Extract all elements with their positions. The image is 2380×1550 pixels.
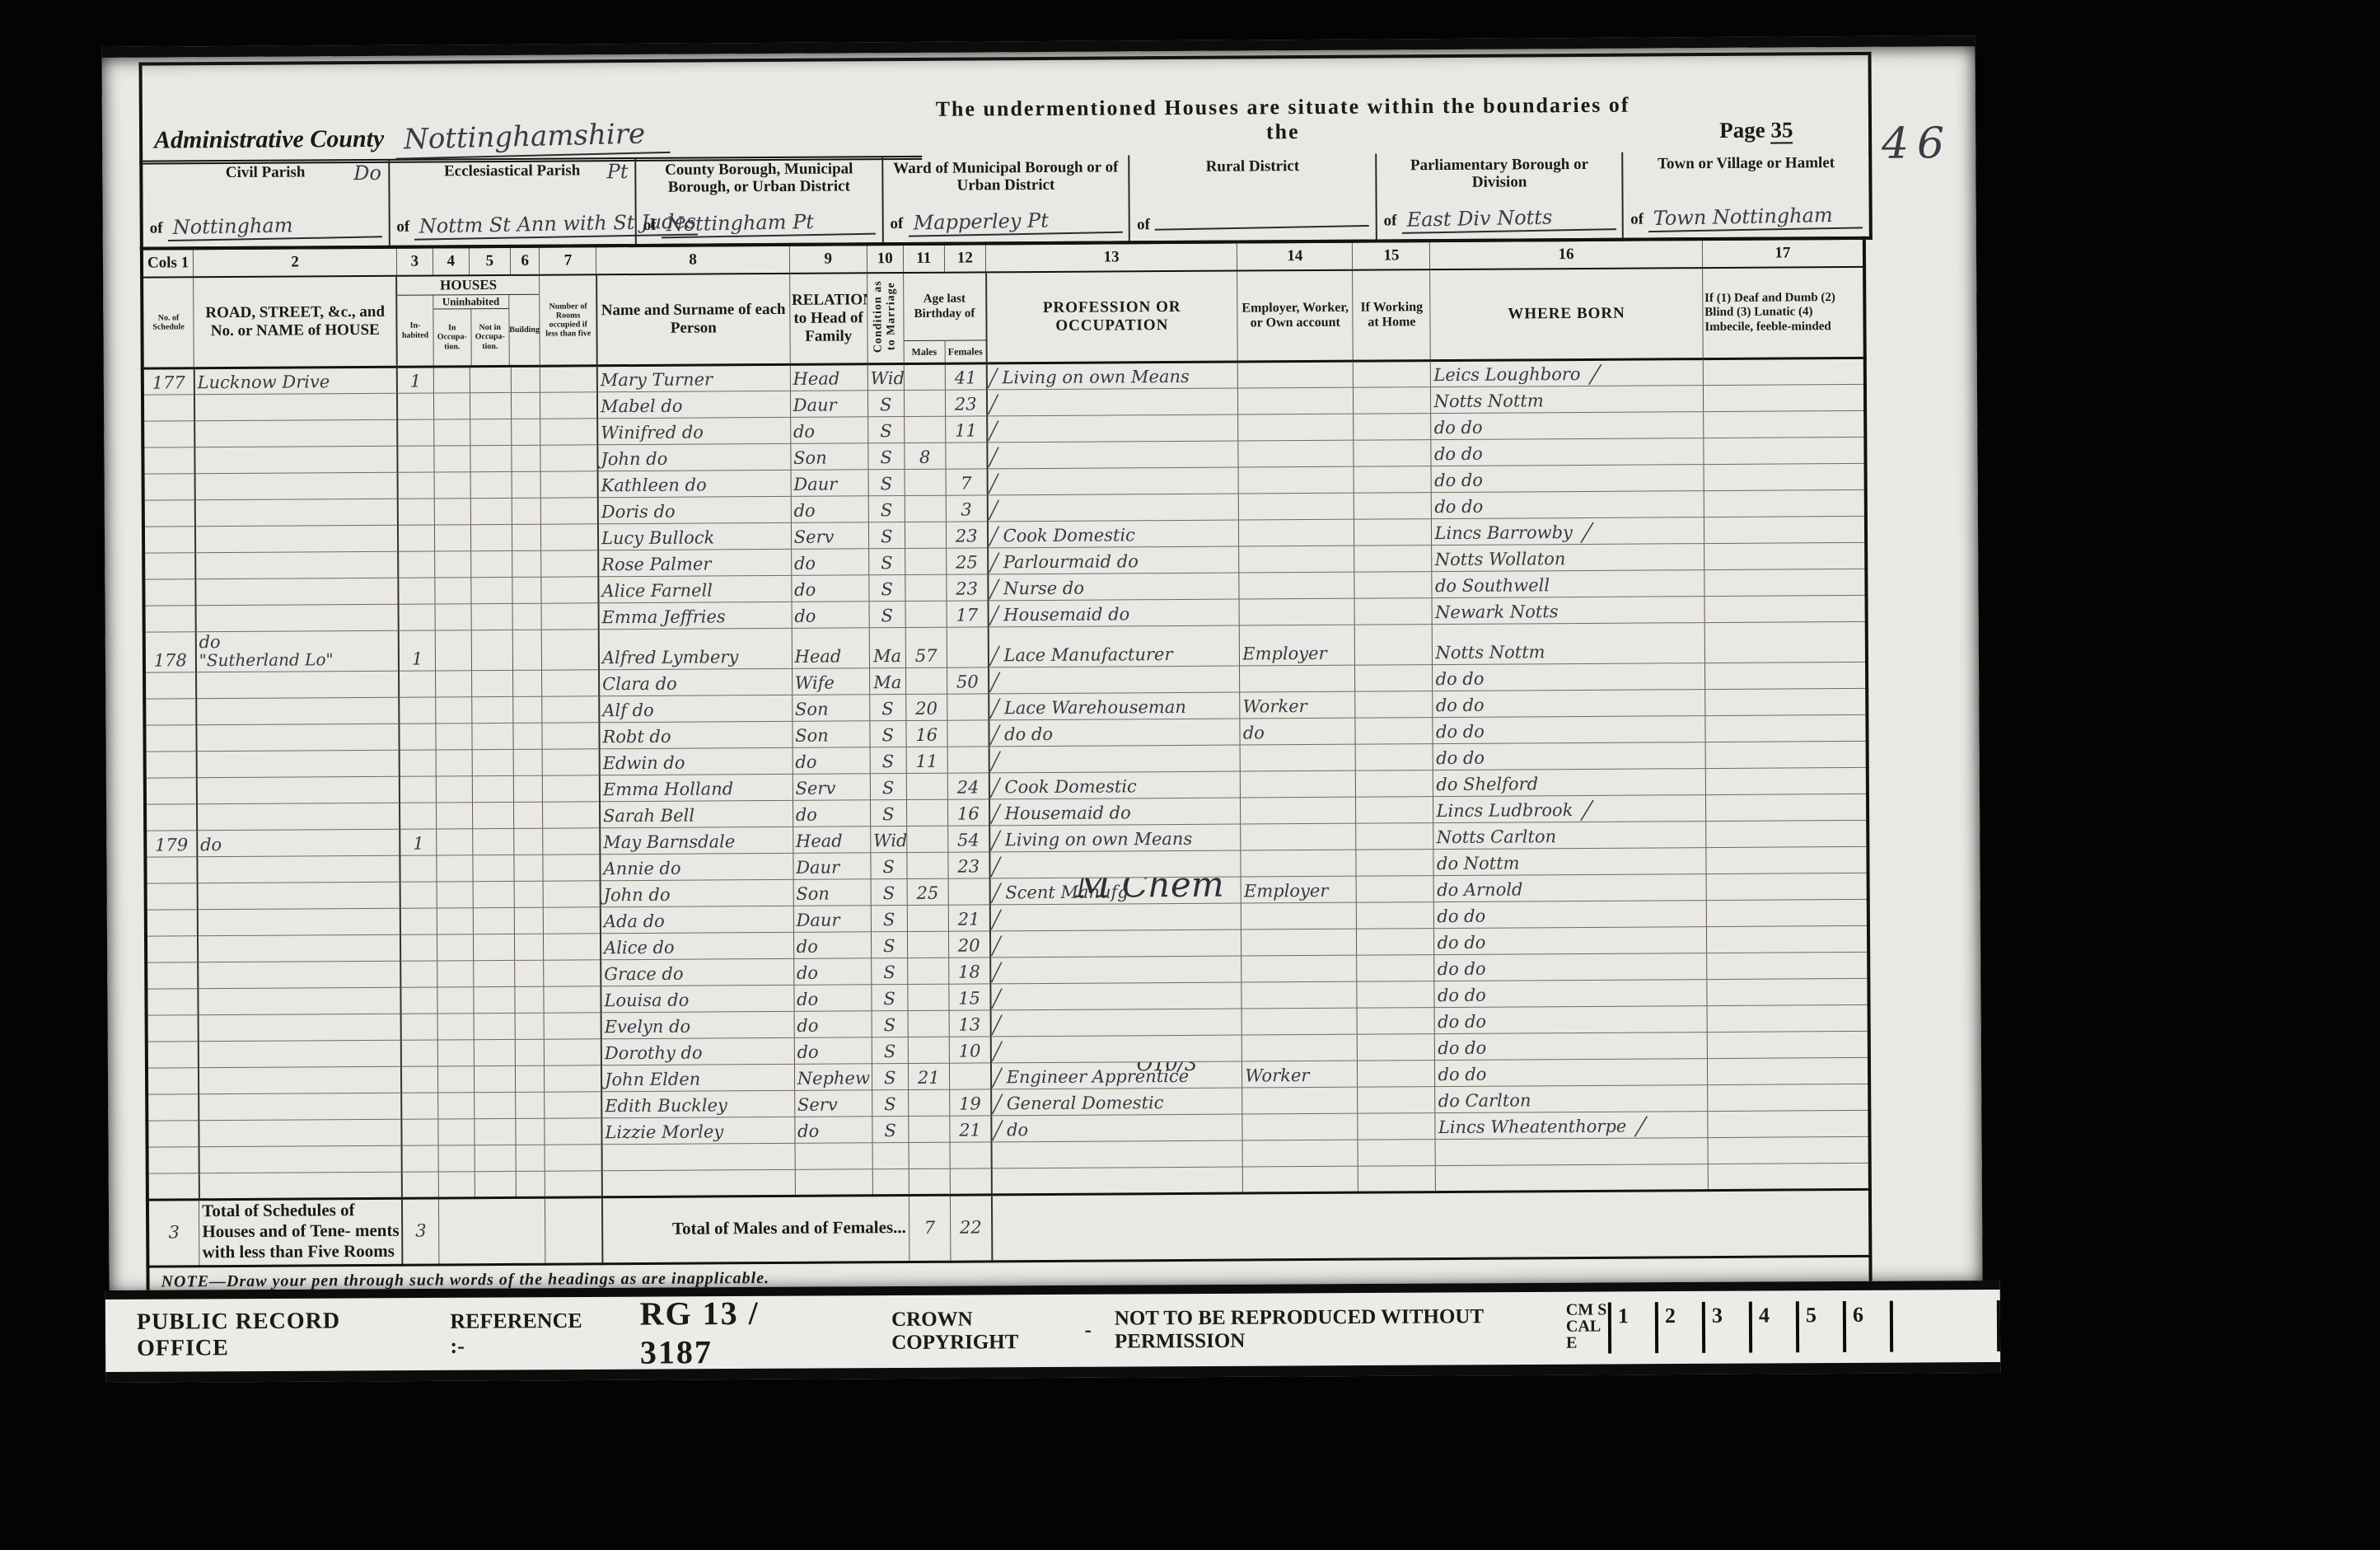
cell-profession: /Engineer ApprenticeO10/3 bbox=[990, 1061, 1241, 1089]
cell-born: do do bbox=[1433, 742, 1706, 770]
cell-born: do do bbox=[1434, 927, 1707, 955]
cell-building bbox=[512, 670, 542, 696]
district-of-label: of bbox=[1630, 211, 1644, 229]
cell-profession: /Living on own Means bbox=[989, 824, 1241, 852]
district-label: Ward of Municipal Borough or of Urban Di… bbox=[888, 158, 1124, 194]
cell-name: Evelyn do bbox=[601, 1011, 794, 1038]
cell-rooms bbox=[541, 550, 598, 577]
cell-name: Clara do bbox=[599, 668, 792, 695]
cell-uninh_not bbox=[474, 1065, 515, 1092]
col-num-1: Cols 1 bbox=[142, 248, 194, 277]
cell-schedule bbox=[143, 500, 195, 527]
cell-condition: S bbox=[868, 470, 905, 496]
pen-tick: / bbox=[1634, 1112, 1648, 1140]
cell-inhabited bbox=[400, 908, 437, 934]
cell-age_f bbox=[946, 443, 987, 469]
district-label: Rural District bbox=[1135, 157, 1371, 176]
cell-rooms bbox=[542, 723, 599, 749]
cell-name: Alfred Lymbery bbox=[599, 628, 792, 669]
cell-inhabited bbox=[400, 855, 437, 882]
cell-inhabited bbox=[402, 1093, 438, 1119]
cell-age_m bbox=[905, 548, 946, 574]
pen-tick: / bbox=[989, 667, 999, 694]
cell-name: Doris do bbox=[598, 496, 791, 523]
cell-condition bbox=[872, 1143, 909, 1169]
cell-rooms bbox=[540, 366, 597, 392]
district-of-label: of bbox=[150, 220, 163, 238]
cell-building bbox=[516, 1171, 545, 1197]
cell-relation: Wife bbox=[792, 668, 869, 695]
cell-profession: / bbox=[989, 903, 1241, 931]
cell-born: do do bbox=[1432, 465, 1704, 493]
header-age-females: Females bbox=[944, 340, 985, 362]
cell-inhabited bbox=[400, 776, 436, 803]
cell-building bbox=[515, 1039, 545, 1065]
cell-rooms bbox=[545, 1145, 602, 1171]
cell-uninh_occ bbox=[434, 525, 470, 551]
cell-schedule bbox=[143, 474, 195, 500]
cell-inhabited bbox=[400, 803, 436, 829]
pen-tick: / bbox=[992, 1062, 1002, 1089]
cell-name: Mabel do bbox=[597, 391, 790, 418]
census-page: Administrative County Nottinghamshire Th… bbox=[101, 35, 1982, 1295]
totals-males-females-label: Total of Males and of Females... bbox=[602, 1196, 909, 1264]
cell-employer bbox=[1241, 902, 1357, 930]
cell-infirmity bbox=[1706, 899, 1868, 926]
cell-schedule bbox=[143, 421, 194, 447]
cell-home bbox=[1355, 691, 1433, 719]
cell-employer bbox=[1243, 1166, 1358, 1193]
cell-employer bbox=[1238, 361, 1354, 388]
cell-born: Notts Wollaton bbox=[1432, 544, 1704, 572]
cell-home bbox=[1354, 466, 1431, 494]
cell-building bbox=[511, 392, 540, 419]
cell-uninh_occ bbox=[437, 1014, 474, 1040]
clerical-annotation: O10/3 bbox=[1137, 1061, 1198, 1075]
cell-infirmity bbox=[1704, 489, 1866, 517]
cell-born: do do bbox=[1434, 980, 1707, 1008]
cell-born: do Southwell bbox=[1432, 570, 1704, 598]
cell-infirmity bbox=[1705, 714, 1868, 742]
cell-profession: / bbox=[987, 441, 1238, 469]
cell-profession: / bbox=[990, 956, 1241, 984]
copyright-separator: - bbox=[1085, 1319, 1092, 1342]
cell-condition: S bbox=[868, 549, 905, 575]
cell-name: May Barnsdale bbox=[600, 827, 793, 854]
cell-home bbox=[1358, 1061, 1435, 1088]
cell-name: Mary Turner bbox=[597, 364, 790, 391]
cell-schedule bbox=[146, 989, 198, 1015]
cell-uninh_not bbox=[470, 498, 512, 524]
column-headers-row: No. of Schedule ROAD, STREET, &c., and N… bbox=[142, 267, 1865, 368]
cell-relation: Son bbox=[793, 879, 871, 906]
cell-uninh_not bbox=[473, 934, 514, 960]
cell-building bbox=[515, 1065, 545, 1092]
cell-born: do Carlton bbox=[1435, 1085, 1708, 1113]
cell-infirmity bbox=[1704, 662, 1867, 689]
cell-profession bbox=[991, 1140, 1242, 1168]
cell-age_f: 18 bbox=[949, 958, 990, 984]
cell-inhabited bbox=[398, 472, 434, 499]
col-num-6: 6 bbox=[510, 246, 540, 275]
cell-uninh_not bbox=[475, 1118, 516, 1145]
cell-uninh_occ bbox=[437, 855, 473, 882]
cell-building bbox=[514, 881, 544, 907]
header-where-born: WHERE BORN bbox=[1430, 268, 1703, 361]
cell-inhabited bbox=[398, 419, 434, 446]
header-infirmity: If (1) Deaf and Dumb (2) Blind (3) Lunat… bbox=[1702, 267, 1864, 359]
cell-employer bbox=[1239, 493, 1354, 520]
cell-building bbox=[512, 550, 542, 577]
cell-uninh_not bbox=[473, 960, 514, 986]
cell-rooms bbox=[545, 1118, 601, 1145]
cell-home bbox=[1357, 981, 1434, 1009]
pen-tick: / bbox=[991, 878, 1001, 905]
cell-uninh_occ bbox=[437, 961, 474, 987]
cell-uninh_occ bbox=[433, 367, 470, 393]
cell-infirmity bbox=[1708, 1110, 1870, 1137]
cell-born: do Arnold bbox=[1434, 874, 1707, 902]
cell-relation bbox=[795, 1169, 872, 1196]
cell-schedule bbox=[146, 910, 198, 936]
cell-road bbox=[197, 776, 400, 804]
ruler-segment-blank bbox=[1893, 1300, 2000, 1352]
cell-uninh_occ bbox=[437, 882, 473, 908]
cell-profession: / bbox=[990, 1035, 1241, 1063]
cell-relation: Son bbox=[793, 721, 870, 748]
cell-profession: / bbox=[986, 388, 1237, 416]
district-cell-4: Ward of Municipal Borough or of Urban Di… bbox=[881, 155, 1129, 242]
cell-name: Alice Farnell bbox=[598, 575, 791, 602]
admin-county-value: Nottinghamshire bbox=[395, 117, 671, 160]
cell-road bbox=[197, 882, 400, 910]
cell-infirmity bbox=[1707, 1004, 1869, 1032]
header-working-at-home: If Working at Home bbox=[1353, 269, 1431, 361]
crown-copyright-label: CROWN COPYRIGHT bbox=[891, 1308, 1062, 1355]
cell-schedule bbox=[147, 1121, 199, 1147]
ruler-segment-3: 3 bbox=[1705, 1302, 1752, 1353]
pen-tick: / bbox=[990, 719, 1000, 747]
cell-infirmity bbox=[1708, 1163, 1870, 1190]
cell-inhabited bbox=[401, 1066, 437, 1093]
col-num-16: 16 bbox=[1430, 239, 1703, 269]
cell-home bbox=[1354, 361, 1431, 388]
cell-building bbox=[513, 775, 543, 802]
cell-born: do do bbox=[1433, 690, 1705, 718]
cell-rooms bbox=[545, 1065, 601, 1092]
cell-relation: Son bbox=[791, 443, 868, 471]
col-num-10: 10 bbox=[867, 244, 903, 273]
cell-uninh_not bbox=[471, 577, 512, 603]
district-of-label: of bbox=[890, 215, 903, 233]
page-number-value: 35 bbox=[1770, 117, 1793, 143]
header-houses-group: HOUSES In-habited Uninhabited In Occupa-… bbox=[397, 275, 540, 368]
header-age-group: Age last Birthday of Males Females bbox=[903, 272, 986, 363]
cell-infirmity bbox=[1704, 621, 1867, 663]
header-name: Name and Surname of each Person bbox=[596, 274, 790, 366]
cell-age_f bbox=[949, 1063, 990, 1089]
scan-background: Administrative County Nottinghamshire Th… bbox=[0, 0, 2380, 1550]
header-road: ROAD, STREET, &c., and No. or NAME of HO… bbox=[194, 276, 397, 368]
cell-infirmity bbox=[1706, 925, 1868, 953]
cell-age_f: 3 bbox=[946, 495, 987, 522]
cell-uninh_occ bbox=[434, 499, 470, 525]
cell-condition: S bbox=[871, 853, 907, 879]
cell-age_f: 10 bbox=[949, 1037, 990, 1063]
cell-age_f: 21 bbox=[948, 905, 989, 931]
cell-age_m: 11 bbox=[906, 747, 947, 773]
ruler-segment-2: 2 bbox=[1658, 1302, 1705, 1353]
cell-infirmity bbox=[1703, 410, 1865, 438]
cell-relation: Head bbox=[793, 827, 870, 854]
cell-uninh_occ bbox=[434, 446, 470, 472]
cell-condition: Wid bbox=[867, 364, 904, 391]
cell-uninh_not bbox=[471, 670, 512, 696]
pen-tick: / bbox=[992, 1009, 1002, 1037]
cell-uninh_occ bbox=[434, 419, 470, 446]
col-num-14: 14 bbox=[1237, 241, 1353, 271]
cell-building bbox=[513, 696, 543, 723]
cell-name: Lucy Bullock bbox=[598, 522, 791, 550]
cell-employer: Employer bbox=[1241, 876, 1356, 903]
cell-infirmity bbox=[1706, 846, 1868, 873]
cell-name: Edith Buckley bbox=[601, 1090, 794, 1117]
cell-profession: /General Domestic bbox=[991, 1088, 1242, 1116]
cell-home bbox=[1358, 1113, 1435, 1140]
cell-age_f bbox=[947, 720, 989, 747]
cell-age_m: 57 bbox=[905, 627, 947, 667]
totals-row: 3 Total of Schedules of Houses and of Te… bbox=[147, 1189, 1870, 1266]
houses-group-label: HOUSES bbox=[398, 276, 540, 296]
cell-born: Lincs Ludbrook/ bbox=[1433, 795, 1706, 823]
pen-tick: / bbox=[988, 389, 998, 416]
header-condition: Condition as to Marriage bbox=[867, 273, 904, 364]
cell-uninh_occ bbox=[434, 472, 470, 499]
cell-relation: Son bbox=[792, 695, 869, 722]
cell-profession: /Housemaid do bbox=[989, 798, 1241, 826]
pen-tick: / bbox=[1588, 359, 1601, 387]
cell-age_f: 23 bbox=[947, 574, 988, 601]
cell-relation: do bbox=[793, 747, 870, 775]
cell-home bbox=[1357, 902, 1434, 930]
cell-inhabited bbox=[400, 723, 436, 750]
cell-employer bbox=[1241, 823, 1356, 850]
pen-tick: / bbox=[991, 851, 1001, 878]
cell-inhabited bbox=[401, 961, 437, 987]
cell-uninh_not bbox=[471, 696, 512, 723]
district-label: Ecclesiastical Parish bbox=[395, 162, 630, 180]
cell-home bbox=[1357, 1008, 1434, 1035]
pen-tick: / bbox=[993, 1115, 1003, 1142]
cell-name: Edwin do bbox=[600, 747, 793, 775]
cell-home bbox=[1354, 519, 1432, 546]
page-number: Page 35 bbox=[1644, 117, 1869, 156]
cell-rooms bbox=[543, 828, 600, 855]
cell-building bbox=[512, 630, 542, 670]
cell-employer bbox=[1242, 1034, 1358, 1061]
cell-uninh_occ bbox=[438, 1119, 475, 1145]
cell-condition: S bbox=[869, 575, 905, 602]
pen-tick: / bbox=[991, 957, 1001, 984]
cell-profession: / bbox=[987, 414, 1238, 443]
cell-relation: do bbox=[792, 602, 869, 629]
district-label: Parliamentary Borough or Division bbox=[1382, 156, 1617, 192]
cell-born: do do bbox=[1434, 901, 1707, 929]
cell-condition: S bbox=[868, 522, 905, 549]
cell-building bbox=[515, 1013, 545, 1039]
cell-born: Notts Nottm bbox=[1433, 623, 1705, 665]
cell-age_m: 25 bbox=[907, 878, 948, 905]
cell-profession: /Lace Warehouseman bbox=[989, 692, 1240, 720]
cell-born: do do bbox=[1433, 716, 1705, 744]
cell-infirmity bbox=[1706, 820, 1868, 847]
cell-road bbox=[199, 1172, 402, 1200]
totals-empty-right bbox=[991, 1189, 1870, 1261]
cell-road bbox=[198, 908, 401, 936]
cell-employer bbox=[1241, 929, 1357, 956]
cell-employer: do bbox=[1240, 718, 1355, 745]
pen-tick: / bbox=[990, 746, 1000, 773]
cell-condition: S bbox=[871, 879, 907, 906]
cell-uninh_occ bbox=[436, 750, 472, 776]
cell-age_m bbox=[907, 905, 948, 931]
cell-schedule: 179 bbox=[145, 831, 197, 857]
cell-infirmity bbox=[1703, 384, 1865, 411]
cell-uninh_not bbox=[470, 550, 512, 577]
cell-home bbox=[1354, 414, 1431, 441]
cell-uninh_not bbox=[473, 907, 514, 934]
col-num-15: 15 bbox=[1353, 241, 1430, 270]
district-annotation: Do bbox=[353, 162, 381, 185]
cell-age_m bbox=[905, 469, 946, 495]
district-value bbox=[1155, 224, 1369, 231]
cell-born: do do bbox=[1431, 438, 1704, 466]
cell-inhabited: 1 bbox=[400, 829, 437, 855]
cell-profession: / bbox=[989, 930, 1241, 958]
cell-born: do do bbox=[1434, 953, 1707, 981]
cell-employer bbox=[1240, 665, 1355, 692]
cell-schedule bbox=[144, 725, 196, 752]
cell-inhabited bbox=[402, 1172, 438, 1198]
cell-schedule bbox=[144, 672, 196, 699]
cell-condition: S bbox=[868, 496, 905, 522]
cell-inhabited bbox=[400, 750, 436, 776]
cell-name: Alice do bbox=[601, 932, 793, 959]
cell-road bbox=[197, 855, 400, 883]
cell-employer bbox=[1240, 744, 1355, 771]
cell-inhabited bbox=[398, 525, 434, 551]
cell-age_m bbox=[909, 1116, 950, 1142]
cell-uninh_occ bbox=[437, 987, 474, 1014]
cell-schedule bbox=[147, 1068, 199, 1094]
cell-home bbox=[1358, 1087, 1435, 1114]
district-value: Nottingham bbox=[167, 212, 381, 241]
cell-building bbox=[513, 749, 543, 775]
cell-age_f: 23 bbox=[945, 390, 986, 416]
cell-age_m bbox=[907, 852, 948, 878]
cell-age_f: 24 bbox=[947, 773, 989, 799]
cell-inhabited bbox=[401, 1014, 437, 1040]
cell-rooms bbox=[542, 630, 599, 670]
pen-tick: / bbox=[990, 772, 1000, 799]
cell-road bbox=[196, 671, 400, 699]
cell-rooms bbox=[543, 749, 600, 775]
cell-rooms bbox=[541, 471, 598, 498]
cell-condition: Wid bbox=[870, 827, 906, 853]
cell-condition: S bbox=[867, 391, 904, 417]
cell-road bbox=[197, 803, 400, 831]
cell-schedule bbox=[146, 936, 198, 962]
cell-uninh_occ bbox=[438, 1172, 475, 1198]
cell-schedule bbox=[145, 778, 197, 804]
totals-empty-rooms bbox=[545, 1197, 602, 1264]
cell-infirmity bbox=[1705, 688, 1868, 715]
cell-age_f bbox=[950, 1168, 991, 1195]
cell-employer bbox=[1238, 414, 1354, 441]
cell-age_m bbox=[906, 773, 947, 799]
cell-road: Lucknow Drive bbox=[194, 367, 397, 395]
cell-relation: Serv bbox=[794, 1090, 872, 1117]
cell-condition: S bbox=[872, 1064, 908, 1090]
cell-profession bbox=[991, 1167, 1242, 1195]
cell-schedule: 178 bbox=[144, 632, 196, 672]
district-of-label: of bbox=[396, 218, 409, 236]
cell-profession: / bbox=[987, 467, 1238, 495]
cell-age_f: 17 bbox=[947, 601, 988, 627]
pen-tick: / bbox=[989, 693, 999, 720]
cell-profession: /Parlourmaid do bbox=[988, 546, 1239, 574]
cell-age_m: 16 bbox=[906, 720, 947, 747]
district-value: Town Nottingham bbox=[1648, 203, 1863, 232]
cell-condition: S bbox=[870, 721, 906, 747]
cell-schedule bbox=[144, 699, 196, 725]
cell-inhabited bbox=[401, 987, 437, 1014]
cell-name: Annie do bbox=[600, 853, 793, 880]
census-table: Cols 1 2 3 4 5 6 7 8 9 10 11 12 13 14 bbox=[140, 236, 1873, 1303]
cell-rooms bbox=[545, 1013, 601, 1039]
cell-condition: S bbox=[872, 985, 908, 1011]
cell-rooms bbox=[543, 775, 600, 802]
cell-road bbox=[198, 987, 401, 1015]
cell-home bbox=[1354, 598, 1432, 625]
cell-uninh_not bbox=[472, 723, 513, 749]
cell-home bbox=[1358, 1034, 1435, 1061]
cell-inhabited bbox=[400, 697, 436, 723]
cell-inhabited bbox=[401, 1040, 437, 1066]
cell-profession: / bbox=[990, 982, 1241, 1010]
cell-building bbox=[514, 934, 544, 960]
cell-born: Leics Loughboro/ bbox=[1431, 359, 1704, 387]
census-table-body: 177Lucknow Drive1Mary TurnerHeadWid41/Li… bbox=[143, 358, 1870, 1200]
age-group-label: Age last Birthday of bbox=[904, 273, 985, 340]
totals-females-value: 22 bbox=[950, 1195, 992, 1262]
cell-name: Robt do bbox=[599, 721, 792, 748]
cell-age_f bbox=[948, 878, 989, 905]
cell-rooms bbox=[540, 419, 597, 445]
cell-name: Winifred do bbox=[597, 417, 790, 444]
col-num-9: 9 bbox=[789, 244, 867, 274]
cell-employer bbox=[1242, 1113, 1358, 1140]
pen-tick: / bbox=[989, 600, 999, 627]
cell-uninh_occ bbox=[438, 1145, 475, 1172]
cell-inhabited bbox=[399, 604, 435, 630]
cell-road bbox=[194, 499, 398, 527]
cell-born: Newark Notts bbox=[1432, 597, 1704, 625]
cell-inhabited bbox=[399, 578, 435, 604]
cell-rooms bbox=[545, 1092, 601, 1118]
header-condition-label: Condition as to Marriage bbox=[872, 277, 899, 356]
cell-rooms bbox=[544, 986, 601, 1013]
